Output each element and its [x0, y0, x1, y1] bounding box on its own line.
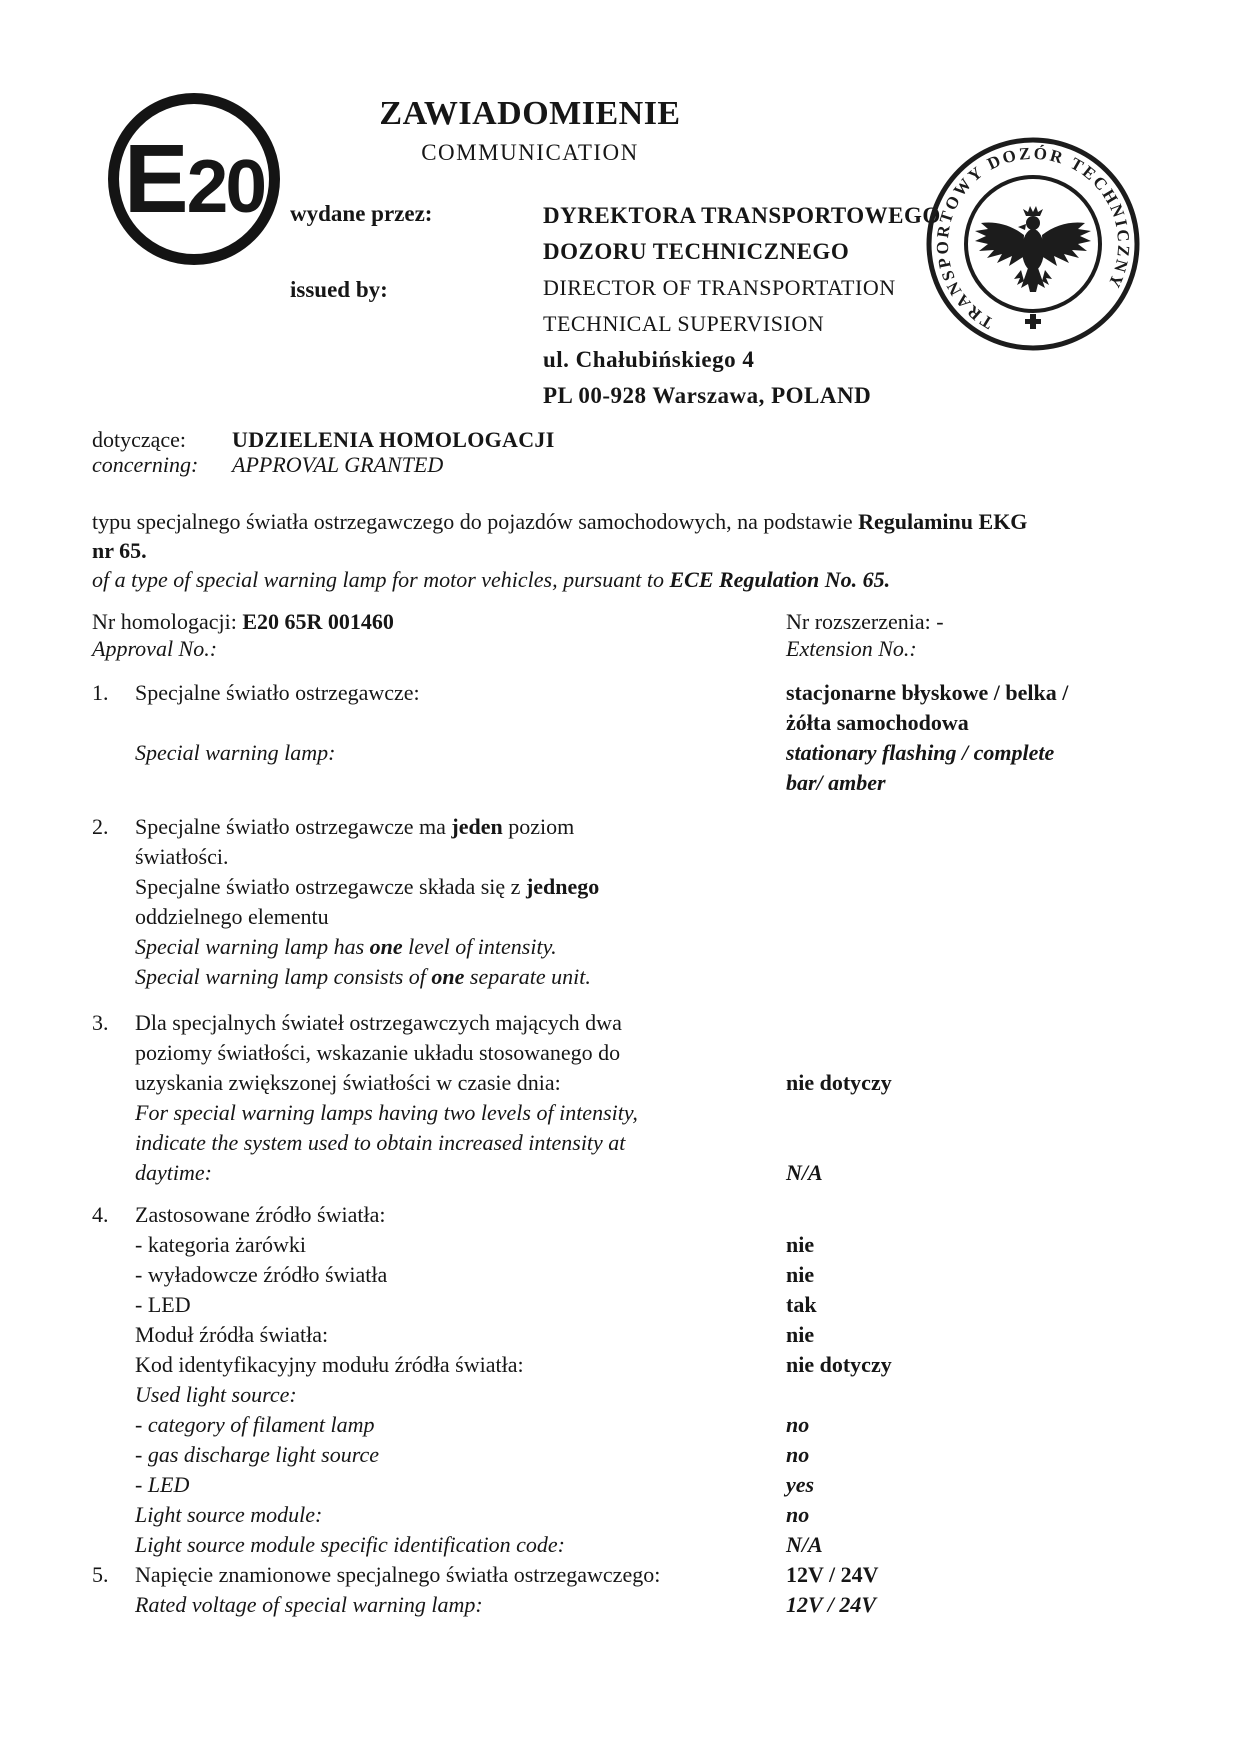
subject-paragraph: typu specjalnego światła ostrzegawczego …	[92, 507, 1172, 594]
item-value	[786, 1380, 1182, 1410]
issuer-address-1: ul. Chałubińskiego 4	[543, 345, 941, 381]
item-text: światłości.	[135, 842, 786, 872]
item-text: - category of filament lamp	[135, 1410, 786, 1440]
document-title-block: ZAWIADOMIENIE COMMUNICATION	[330, 96, 730, 166]
concerning-block: dotyczące: UDZIELENIA HOMOLOGACJI concer…	[92, 427, 1182, 477]
item-text: - kategoria żarówki	[135, 1230, 786, 1260]
approval-no-en: Approval No.:	[92, 635, 786, 662]
item-text: daytime:	[135, 1158, 786, 1188]
issuer-name-pl-1: DYREKTORA TRANSPORTOWEGO	[543, 201, 941, 237]
issuer-name-en-1: DIRECTOR OF TRANSPORTATION	[543, 273, 941, 309]
item-text: Special warning lamp consists of one sep…	[135, 962, 786, 992]
item-value	[786, 1008, 1182, 1038]
item-text: Specjalne światło ostrzegawcze składa si…	[135, 872, 786, 902]
polish-eagle-icon	[975, 206, 1091, 292]
item-row: poziomy światłości, wskazanie układu sto…	[135, 1038, 1182, 1068]
item-row: Napięcie znamionowe specjalnego światła …	[135, 1560, 1182, 1590]
item-text: - LED	[135, 1470, 786, 1500]
item-value	[786, 872, 1182, 902]
item-value	[786, 1038, 1182, 1068]
item-number: 2.	[92, 812, 109, 842]
item-value: bar/ amber	[786, 768, 1182, 798]
item-value: 12V / 24V	[786, 1590, 1182, 1620]
item-row: Moduł źródła światła:nie	[135, 1320, 1182, 1350]
item-row: Light source module:no	[135, 1500, 1182, 1530]
item-row: Specjalne światło ostrzegawcze ma jeden …	[135, 812, 1182, 842]
item-row: - kategoria żarówkinie	[135, 1230, 1182, 1260]
item-2: 2.Specjalne światło ostrzegawcze ma jede…	[92, 812, 1182, 992]
item-row: Rated voltage of special warning lamp:12…	[135, 1590, 1182, 1620]
title-polish: ZAWIADOMIENIE	[330, 96, 730, 132]
item-4: 4.Zastosowane źródło światła:- kategoria…	[92, 1200, 1182, 1560]
item-value: nie dotyczy	[786, 1068, 1182, 1098]
item-3: 3.Dla specjalnych świateł ostrzegawczych…	[92, 1008, 1182, 1188]
item-text: Light source module specific identificat…	[135, 1530, 786, 1560]
item-row: uzyskania zwiększonej światłości w czasi…	[135, 1068, 1182, 1098]
item-value	[786, 1128, 1182, 1158]
issued-by-label-en: issued by:	[290, 277, 388, 303]
item-value	[786, 932, 1182, 962]
item-text: Zastosowane źródło światła:	[135, 1200, 786, 1230]
item-text	[135, 708, 786, 738]
item-text: Rated voltage of special warning lamp:	[135, 1590, 786, 1620]
item-row: oddzielnego elementu	[135, 902, 1182, 932]
item-row: For special warning lamps having two lev…	[135, 1098, 1182, 1128]
item-value: nie	[786, 1230, 1182, 1260]
item-value: yes	[786, 1470, 1182, 1500]
approval-no-pl: Nr homologacji: E20 65R 001460	[92, 608, 786, 635]
approval-number-block: Nr homologacji: E20 65R 001460 Nr rozsze…	[92, 608, 1182, 662]
item-value	[786, 1200, 1182, 1230]
item-row: Kod identyfikacyjny modułu źródła światł…	[135, 1350, 1182, 1380]
concerning-label-en: concerning:	[92, 452, 232, 477]
item-text: uzyskania zwiększonej światłości w czasi…	[135, 1068, 786, 1098]
item-row: Special warning lamp consists of one sep…	[135, 962, 1182, 992]
item-value: N/A	[786, 1158, 1182, 1188]
item-row: Zastosowane źródło światła:	[135, 1200, 1182, 1230]
issuer-name-en-2: TECHNICAL SUPERVISION	[543, 309, 941, 345]
item-text: Special warning lamp:	[135, 738, 786, 768]
concerning-value-pl: UDZIELENIA HOMOLOGACJI	[232, 427, 1182, 452]
item-text: Napięcie znamionowe specjalnego światła …	[135, 1560, 786, 1590]
item-value	[786, 902, 1182, 932]
item-number: 5.	[92, 1560, 109, 1590]
item-text: - LED	[135, 1290, 786, 1320]
item-text: - gas discharge light source	[135, 1440, 786, 1470]
concerning-value-en: APPROVAL GRANTED	[232, 452, 1182, 477]
e20-number: 20	[187, 111, 264, 261]
subject-line-pl-1: typu specjalnego światła ostrzegawczego …	[92, 507, 1172, 536]
stamp-seal-icon: TRANSPORTOWY DOZÓR TECHNICZNY	[925, 136, 1141, 352]
extension-no-pl: Nr rozszerzenia: -	[786, 608, 1182, 635]
item-value: nie	[786, 1260, 1182, 1290]
concerning-label-pl: dotyczące:	[92, 427, 232, 452]
item-text: indicate the system used to obtain incre…	[135, 1128, 786, 1158]
item-text: Moduł źródła światła:	[135, 1320, 786, 1350]
item-value: no	[786, 1410, 1182, 1440]
item-value: nie	[786, 1320, 1182, 1350]
item-row: indicate the system used to obtain incre…	[135, 1128, 1182, 1158]
item-row: - category of filament lampno	[135, 1410, 1182, 1440]
item-value: tak	[786, 1290, 1182, 1320]
item-value: stacjonarne błyskowe / belka /	[786, 678, 1182, 708]
item-value: no	[786, 1500, 1182, 1530]
item-number: 1.	[92, 678, 109, 708]
item-row: Specjalne światło ostrzegawcze:stacjonar…	[135, 678, 1182, 708]
item-row: - LEDtak	[135, 1290, 1182, 1320]
item-value	[786, 962, 1182, 992]
approval-document-page: E 20 ZAWIADOMIENIE COMMUNICATION wydane …	[0, 0, 1240, 1755]
item-value: żółta samochodowa	[786, 708, 1182, 738]
issuer-block: DYREKTORA TRANSPORTOWEGO DOZORU TECHNICZ…	[543, 201, 941, 417]
item-text: Specjalne światło ostrzegawcze ma jeden …	[135, 812, 786, 842]
item-text: Special warning lamp has one level of in…	[135, 932, 786, 962]
issued-by-label-pl: wydane przez:	[290, 201, 432, 227]
item-row: - wyładowcze źródło światłanie	[135, 1260, 1182, 1290]
item-text: Used light source:	[135, 1380, 786, 1410]
item-value: stationary flashing / complete	[786, 738, 1182, 768]
item-text: Kod identyfikacyjny modułu źródła światł…	[135, 1350, 786, 1380]
item-row: bar/ amber	[135, 768, 1182, 798]
item-row: Special warning lamp:stationary flashing…	[135, 738, 1182, 768]
item-number: 3.	[92, 1008, 109, 1038]
item-value: 12V / 24V	[786, 1560, 1182, 1590]
e20-approval-mark-icon: E 20	[108, 93, 280, 265]
subject-line-en: of a type of special warning lamp for mo…	[92, 565, 1172, 594]
item-text: Dla specjalnych świateł ostrzegawczych m…	[135, 1008, 786, 1038]
item-row: - LEDyes	[135, 1470, 1182, 1500]
item-5: 5.Napięcie znamionowe specjalnego światł…	[92, 1560, 1182, 1620]
e20-letter: E	[124, 104, 187, 254]
item-row: - gas discharge light sourceno	[135, 1440, 1182, 1470]
subject-line-pl-2: nr 65.	[92, 536, 1172, 565]
item-value: N/A	[786, 1530, 1182, 1560]
item-text: poziomy światłości, wskazanie układu sto…	[135, 1038, 786, 1068]
item-text: oddzielnego elementu	[135, 902, 786, 932]
item-number: 4.	[92, 1200, 109, 1230]
item-value: nie dotyczy	[786, 1350, 1182, 1380]
item-text: Specjalne światło ostrzegawcze:	[135, 678, 786, 708]
item-value	[786, 842, 1182, 872]
item-row: daytime:N/A	[135, 1158, 1182, 1188]
item-row: Special warning lamp has one level of in…	[135, 932, 1182, 962]
item-row: światłości.	[135, 842, 1182, 872]
item-text: - wyładowcze źródło światła	[135, 1260, 786, 1290]
title-english: COMMUNICATION	[330, 140, 730, 166]
item-text: Light source module:	[135, 1500, 786, 1530]
document-body: dotyczące: UDZIELENIA HOMOLOGACJI concer…	[92, 427, 1182, 1620]
item-text	[135, 768, 786, 798]
item-row: Specjalne światło ostrzegawcze składa si…	[135, 872, 1182, 902]
item-1: 1.Specjalne światło ostrzegawcze:stacjon…	[92, 678, 1182, 798]
items-list: 1.Specjalne światło ostrzegawcze:stacjon…	[92, 678, 1182, 1620]
item-value	[786, 1098, 1182, 1128]
item-text: For special warning lamps having two lev…	[135, 1098, 786, 1128]
official-round-stamp: TRANSPORTOWY DOZÓR TECHNICZNY	[925, 136, 1141, 352]
item-value: no	[786, 1440, 1182, 1470]
item-value	[786, 812, 1182, 842]
issuer-name-pl-2: DOZORU TECHNICZNEGO	[543, 237, 941, 273]
item-row: Light source module specific identificat…	[135, 1530, 1182, 1560]
stamp-cross-symbol-icon	[1025, 314, 1041, 329]
item-row: Used light source:	[135, 1380, 1182, 1410]
extension-no-en: Extension No.:	[786, 635, 1182, 662]
item-row: Dla specjalnych świateł ostrzegawczych m…	[135, 1008, 1182, 1038]
issuer-address-2: PL 00-928 Warszawa, POLAND	[543, 381, 941, 417]
item-row: żółta samochodowa	[135, 708, 1182, 738]
